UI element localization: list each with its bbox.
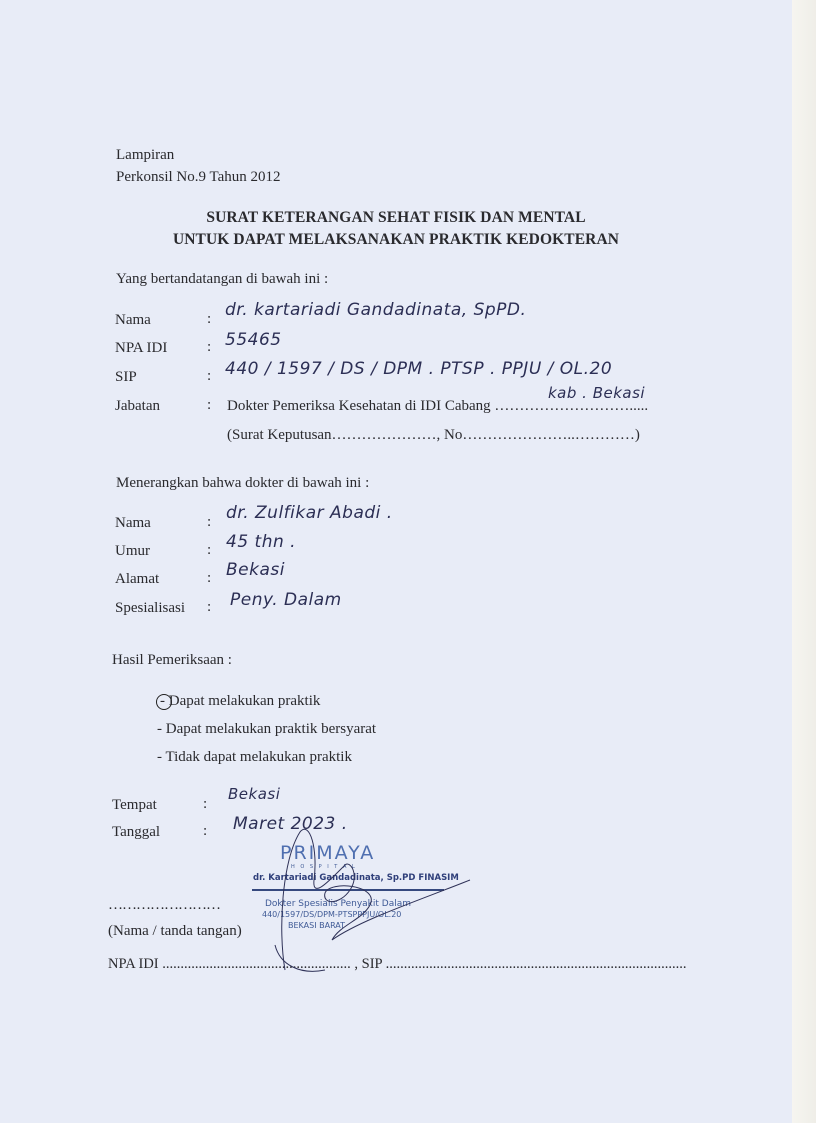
document-title-line1: SURAT KETERANGAN SEHAT FISIK DAN MENTAL — [0, 208, 792, 228]
document-title-line2: UNTUK DAPAT MELAKSANAKAN PRAKTIK KEDOKTE… — [0, 230, 792, 250]
stamp-location: BEKASI BARAT — [288, 921, 345, 930]
signer-npa-value: 55465 — [225, 330, 282, 350]
signer-sip-value: 440 / 1597 / DS / DPM . PTSP . PPJU / OL… — [225, 359, 612, 379]
signer-name-value: dr. kartariadi Gandadinata, SpPD. — [225, 300, 526, 320]
colon: : — [207, 339, 211, 356]
colon: : — [207, 570, 211, 587]
signer-position-label: Jabatan — [115, 397, 160, 415]
result-option-conditional: - Dapat melakukan praktik bersyarat — [157, 720, 376, 738]
stamp-doctor-name: dr. Kartariadi Gandadinata, Sp.PD FINASI… — [253, 873, 459, 883]
attachment-label: Lampiran — [116, 146, 174, 164]
date-label: Tanggal — [112, 823, 160, 841]
colon: : — [207, 514, 211, 531]
subject-intro: Menerangkan bahwa dokter di bawah ini : — [116, 474, 369, 492]
result-option-practice: - Dapat melakukan praktik — [160, 692, 320, 710]
result-option-not-practice: - Tidak dapat melakukan praktik — [157, 748, 352, 766]
signer-sip-label: SIP — [115, 368, 137, 386]
stamp-hospital-subtitle: H O S P I T A L — [291, 864, 357, 870]
subject-name-value: dr. Zulfikar Abadi . — [226, 503, 393, 523]
signer-name-label: Nama — [115, 311, 151, 329]
subject-specialization-label: Spesialisasi — [115, 599, 185, 617]
subject-age-label: Umur — [115, 542, 150, 560]
npa-sip-line: NPA IDI ................................… — [108, 955, 687, 973]
place-label: Tempat — [112, 796, 157, 814]
subject-address-label: Alamat — [115, 570, 159, 588]
regulation-reference: Perkonsil No.9 Tahun 2012 — [116, 168, 281, 186]
colon: : — [207, 368, 211, 385]
signer-npa-label: NPA IDI — [115, 339, 167, 357]
colon: : — [207, 542, 211, 559]
date-value: Maret 2023 . — [233, 814, 348, 834]
result-heading: Hasil Pemeriksaan : — [112, 651, 232, 669]
signature-dotted-line: …………………… — [108, 896, 220, 914]
subject-specialization-value: Peny. Dalam — [230, 590, 342, 610]
signer-branch-handwritten: kab . Bekasi — [548, 384, 645, 402]
subject-age-value: 45 thn . — [226, 532, 296, 552]
colon: : — [207, 311, 211, 328]
decree-line: (Surat Keputusan…………………, No…………………..…………… — [227, 426, 640, 444]
place-value: Bekasi — [228, 785, 280, 803]
stamp-hospital-name: PRIMAYA — [280, 842, 375, 864]
subject-name-label: Nama — [115, 514, 151, 532]
stamp-license-number: 440/1597/DS/DPM-PTSPPPJU/OL.20 — [262, 910, 401, 919]
signer-intro: Yang bertandatangan di bawah ini : — [116, 270, 328, 288]
signature-name-label: (Nama / tanda tangan) — [108, 922, 242, 940]
colon: : — [207, 397, 211, 414]
colon: : — [203, 823, 207, 840]
colon: : — [203, 796, 207, 813]
scan-edge — [792, 0, 816, 1123]
subject-address-value: Bekasi — [226, 560, 285, 580]
stamp-doctor-role: Dokter Spesialis Penyakit Dalam — [265, 899, 411, 909]
colon: : — [207, 599, 211, 616]
stamp-divider — [252, 889, 444, 891]
